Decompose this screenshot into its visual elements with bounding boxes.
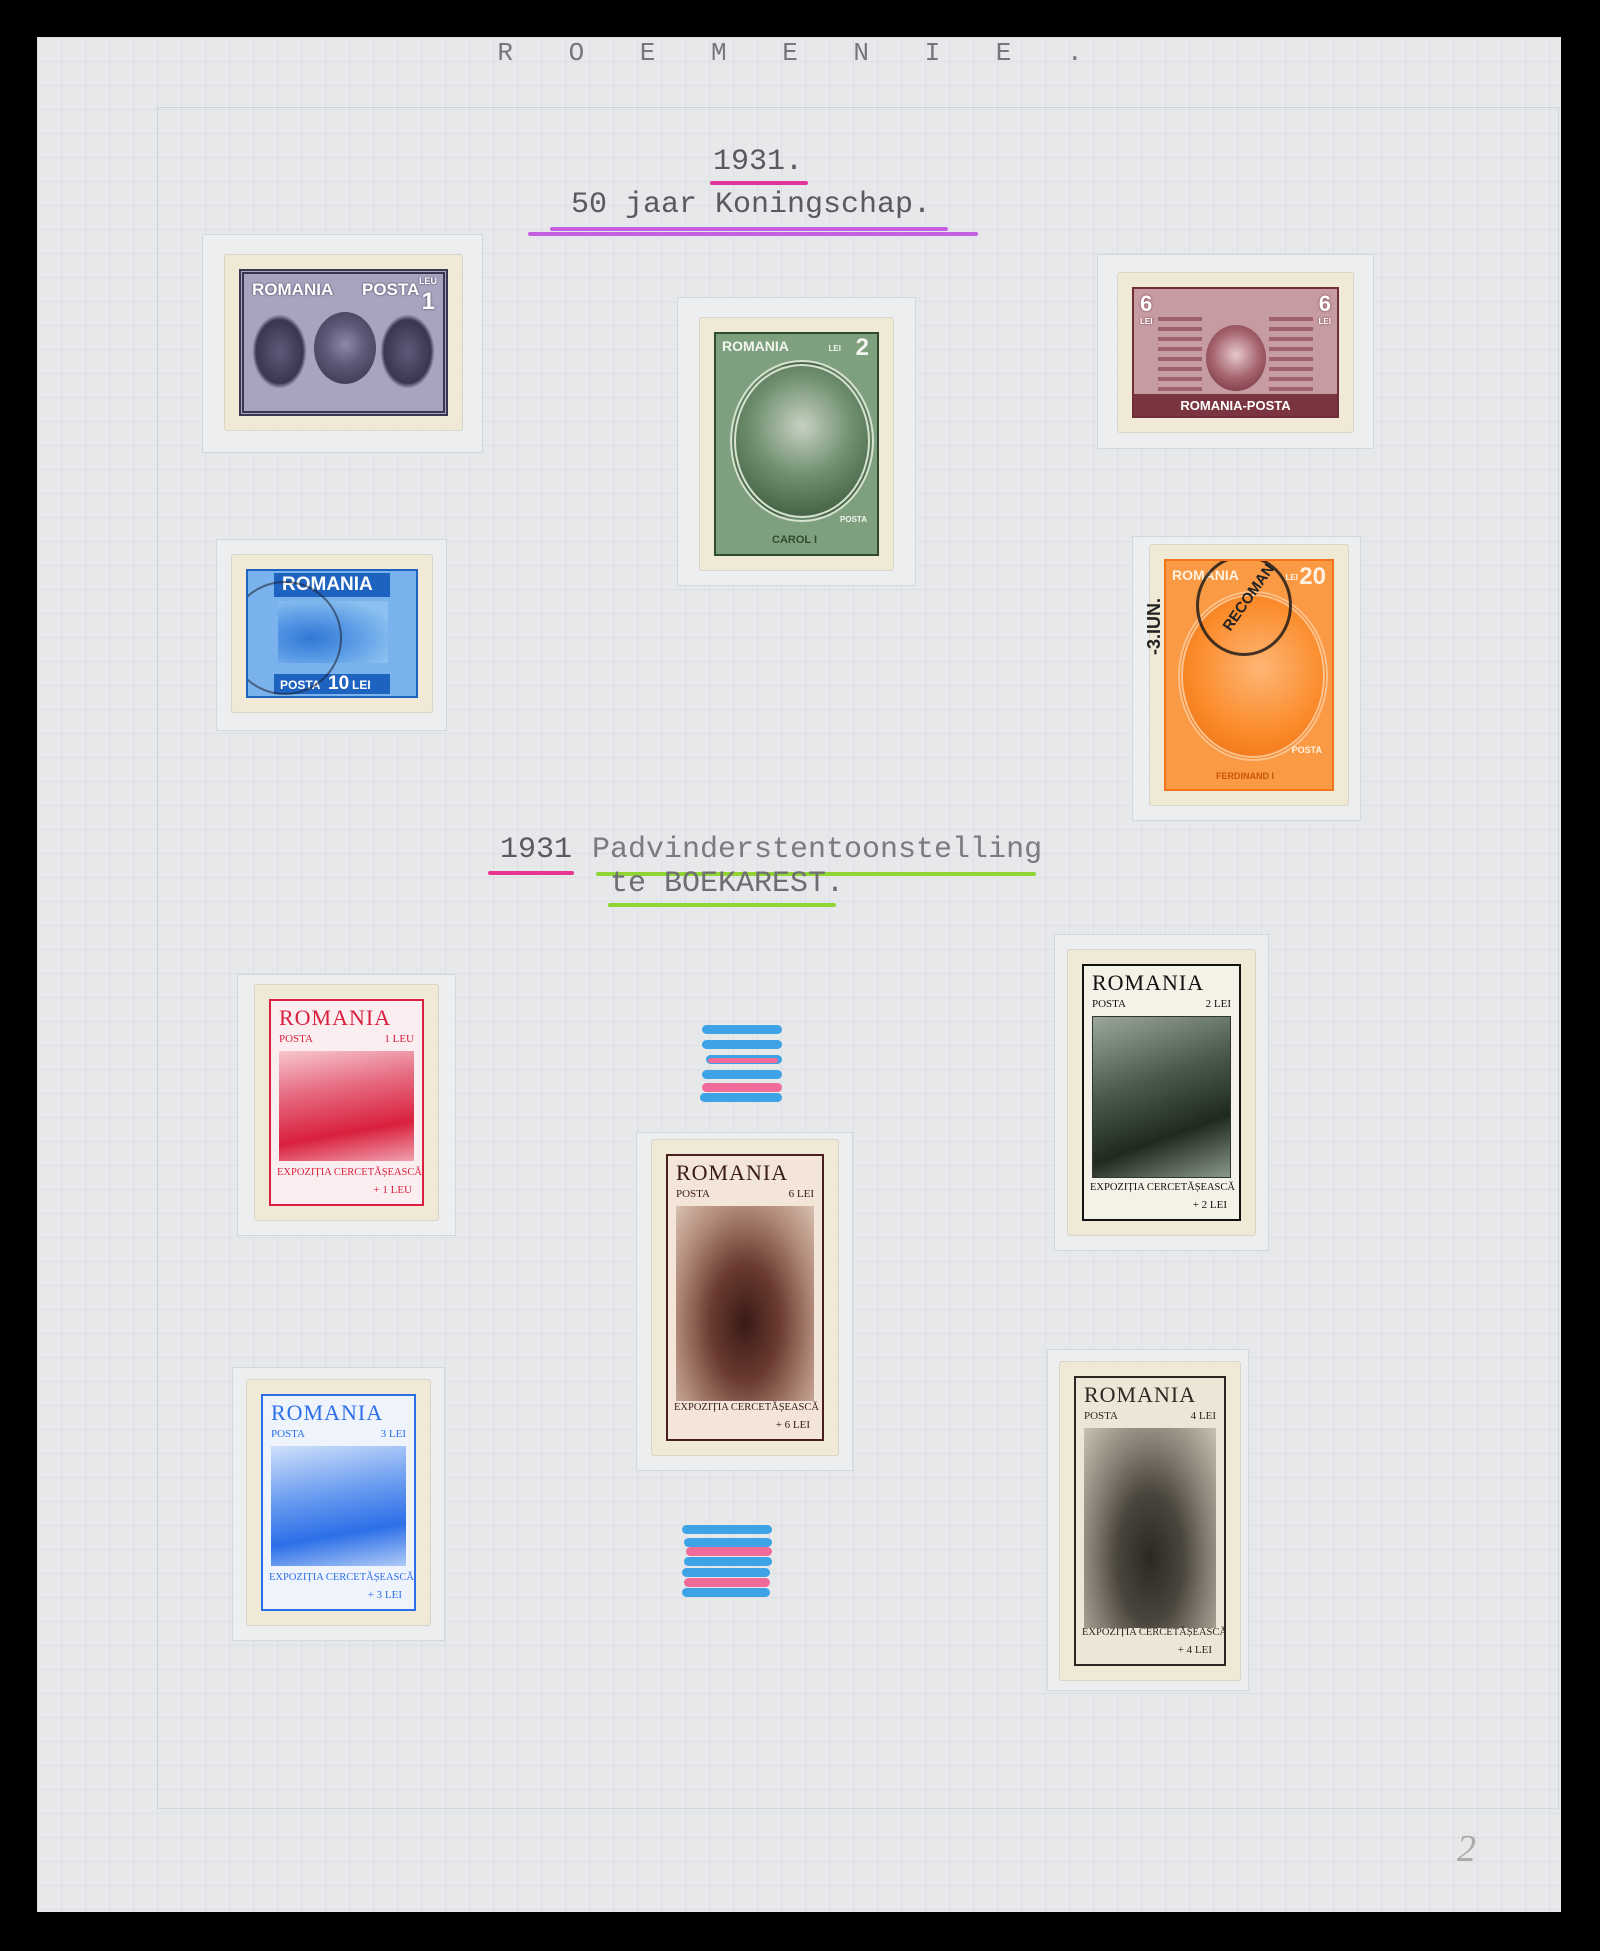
stamp-value: 10 [328,673,349,695]
king-portrait [730,360,874,522]
scout-camp-scene [279,1051,414,1161]
stamp-green-2-lei[interactable]: ROMANIA LEI 2 POSTA CAROL I [700,318,893,570]
stamp-value-right: 6 [1319,291,1331,317]
stamp-caption: EXPOZIȚIA CERCETĂȘEASCĂ [1082,1627,1226,1638]
stamp-face-value: 1 LEU [384,1033,414,1045]
section2-year-underline [488,871,574,875]
scout-portrait [1084,1428,1216,1628]
king-portrait [1206,325,1266,391]
stamp-face-value: 2 LEI [1206,998,1231,1010]
stamp-face-value: 3 LEI [381,1428,406,1440]
stamp-posta: POSTA [271,1428,305,1440]
stamp-currency: LEI [829,344,841,353]
stamp-currency: LEU [419,276,437,286]
stamp-blue-10-lei[interactable]: ROMANIA POSTA 10 LEI [232,555,432,712]
stamp-black-4-lei[interactable]: ROMANIA POSTA 4 LEI EXPOZIȚIA CERCETĂȘEA… [1060,1362,1240,1680]
stamp-brown-6-lei[interactable]: ROMANIA POSTA 6 LEI EXPOZIȚIA CERCETĂȘEA… [652,1140,838,1455]
section2-year: 1931 [500,833,572,867]
stamp-caption: CAROL I [772,534,817,546]
stamp-currency-left: LEI [1140,317,1152,326]
stamp-posta: POSTA [279,1033,313,1045]
stamp-posta: POSTA [362,280,419,300]
stamp-red-1-leu[interactable]: ROMANIA POSTA 1 LEU EXPOZIȚIA CERCETĂȘEA… [255,985,438,1220]
stamp-caption: EXPOZIȚIA CERCETĂȘEASCĂ [1090,1182,1235,1193]
stamp-posta: POSTA [676,1188,710,1200]
postmark-date: -3.IUN. [1144,598,1165,655]
scout-portrait [676,1206,814,1401]
stamp-surcharge: + 1 LEU [373,1184,412,1196]
stamp-country: ROMANIA [252,280,333,300]
stamp-posta: POSTA [840,515,867,524]
stamp-country: ROMANIA-POSTA [1134,398,1337,413]
stamp-posta: POSTA [1092,998,1126,1010]
stamp-blue-3-lei[interactable]: ROMANIA POSTA 3 LEI EXPOZIȚIA CERCETĂȘEA… [247,1380,430,1625]
section2-title-underline-2 [608,903,836,907]
section1-title-underline-1 [550,227,948,231]
stamp-currency: LEI [1286,573,1298,582]
stamp-face-value: 6 LEI [789,1188,814,1200]
section1-title-underline-2 [528,232,978,236]
scouts-scene [1092,1016,1231,1178]
stamp-surcharge: + 2 LEI [1193,1199,1227,1211]
stamp-caption: EXPOZIȚIA CERCETĂȘEASCĂ [674,1402,819,1413]
lion-right [380,314,435,389]
stamp-value: 20 [1299,563,1326,591]
stamp-caption: EXPOZIȚIA CERCETĂȘEASCĂ [269,1572,414,1583]
stamp-country: ROMANIA [1092,970,1204,996]
stamp-value-left: 6 [1140,291,1152,317]
stamp-posta: POSTA [1292,745,1322,755]
king-portrait [314,312,376,384]
stamp-value: 1 [422,288,435,316]
stamp-surcharge: + 4 LEI [1178,1644,1212,1656]
stamp-value: 2 [856,334,869,362]
stamp-caption: FERDINAND I [1216,771,1274,781]
lion-left [252,314,307,389]
stamp-country: ROMANIA [271,1400,383,1426]
country-title: R O E M E N I E . [0,38,1600,68]
stamp-purple-1-leu[interactable]: ROMANIA POSTA LEU 1 [225,255,462,430]
scouts-salute-scene [271,1446,406,1566]
section1-title: 50 jaar Koningschap. [571,188,931,222]
page-number-mark: 2 [1457,1827,1476,1871]
stamp-currency: LEI [352,678,371,692]
stamp-maroon-6-lei[interactable]: 6 6 LEI LEI ROMANIA-POSTA [1118,273,1353,432]
stamp-face-value: 4 LEI [1191,1410,1216,1422]
stamp-posta: POSTA [1084,1410,1118,1422]
stamp-orange-20-lei[interactable]: ROMANIA LEI 20 POSTA FERDINAND I -3.IUN.… [1150,545,1348,805]
stamp-country: ROMANIA [722,338,789,354]
section1-year-underline [710,181,808,185]
section1-year: 1931. [713,145,803,179]
coat-of-arms-left [1158,311,1202,391]
section2-title-line1: Padvinderstentoonstelling [592,833,1042,867]
stamp-country: ROMANIA [676,1160,788,1186]
stamp-currency-right: LEI [1319,317,1331,326]
stamp-surcharge: + 6 LEI [776,1419,810,1431]
stamp-caption: EXPOZIȚIA CERCETĂȘEASCĂ [277,1167,422,1178]
stamp-surcharge: + 3 LEI [368,1589,402,1601]
stamp-green-2-lei-scouts[interactable]: ROMANIA POSTA 2 LEI EXPOZIȚIA CERCETĂȘEA… [1068,950,1255,1235]
coat-of-arms-right [1269,311,1313,391]
section2-title-line2: te BOEKAREST. [610,867,844,901]
stamp-country: ROMANIA [279,1005,391,1031]
stamp-country: ROMANIA [1084,1382,1196,1408]
